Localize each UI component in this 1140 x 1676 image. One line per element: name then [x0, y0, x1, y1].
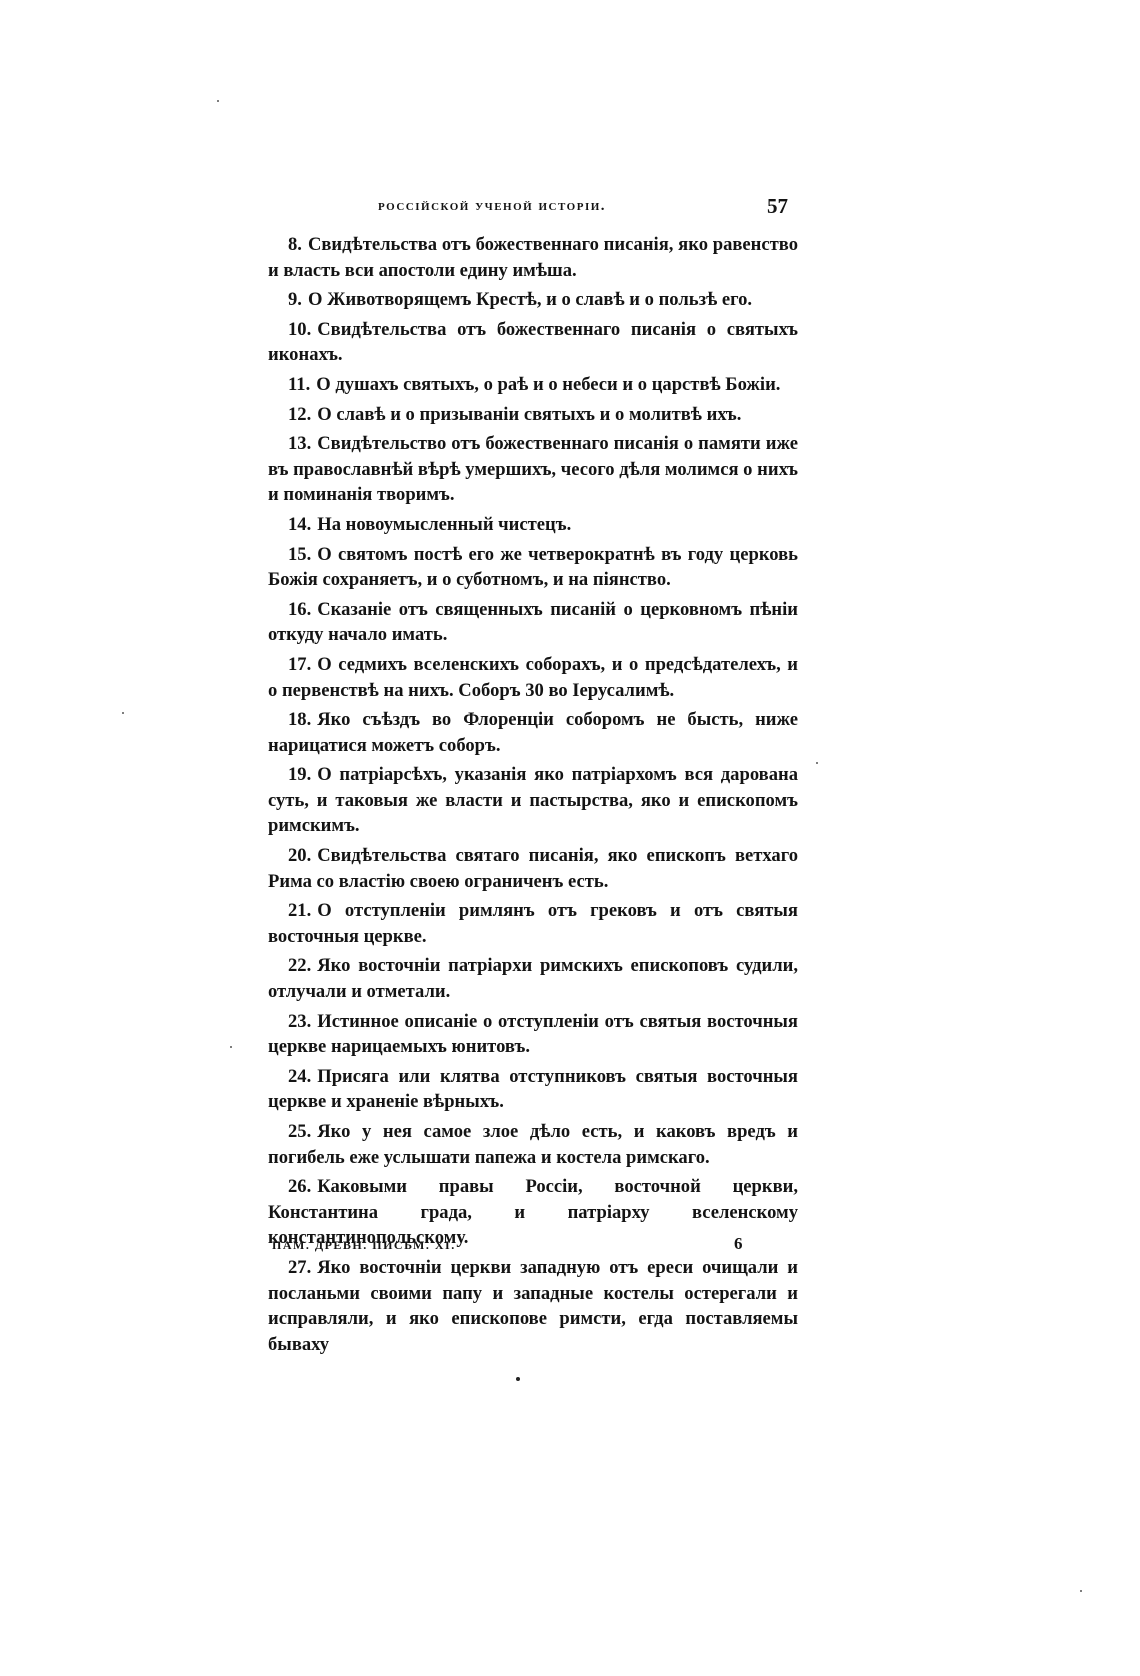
item-text: На новоумысленный чистецъ. — [317, 514, 571, 535]
item-text: Сказаніе отъ священныхъ писаній о церков… — [268, 599, 798, 646]
item-number: 12. — [288, 404, 311, 425]
list-item: 20.Свидѣтельства святаго писанія, яко еп… — [268, 843, 798, 894]
scan-speck — [816, 762, 818, 764]
list-item: 17.О седмихъ вселенскихъ соборахъ, и о п… — [268, 652, 798, 703]
page-footer: ПАМ. ДРЕВН. ПИСЬМ. XI. 6 — [268, 1236, 788, 1258]
item-number: 8. — [288, 234, 302, 255]
item-text: Свидѣтельство отъ божественнаго писанія … — [268, 433, 798, 505]
item-text: Присяга или клятва отступниковъ святыя в… — [268, 1066, 798, 1113]
running-title: РОССІЙСКОЙ УЧЕНОЙ ИСТОРІИ. — [378, 198, 606, 215]
page-number: 57 — [767, 194, 788, 219]
item-number: 19. — [288, 764, 311, 785]
table-of-contents-list: 8.Свидѣтельства отъ божественнаго писані… — [268, 232, 798, 1361]
list-item: 21.О отступленіи римлянъ отъ грековъ и о… — [268, 898, 798, 949]
item-number: 15. — [288, 544, 311, 565]
item-number: 11. — [288, 374, 310, 395]
item-text: Свидѣтельства отъ божественнаго писанія,… — [268, 234, 798, 281]
item-text: Свидѣтельства святаго писанія, яко еписк… — [268, 845, 798, 892]
item-text: О седмихъ вселенскихъ соборахъ, и о пред… — [268, 654, 798, 701]
item-number: 23. — [288, 1011, 311, 1032]
item-number: 18. — [288, 709, 311, 730]
list-item: 13.Свидѣтельство отъ божественнаго писан… — [268, 431, 798, 508]
scan-speck — [1080, 1590, 1082, 1592]
item-text: Истинное описаніе о отступленіи отъ свят… — [268, 1011, 798, 1058]
item-number: 27. — [288, 1257, 311, 1278]
item-number: 21. — [288, 900, 311, 921]
list-item: 11.О душахъ святыхъ, о раѣ и о небеси и … — [268, 372, 798, 398]
item-text: О святомъ постѣ его же четверократнѣ въ … — [268, 544, 798, 591]
list-item: 16.Сказаніе отъ священныхъ писаній о цер… — [268, 597, 798, 648]
item-number: 16. — [288, 599, 311, 620]
scan-speck — [516, 1377, 520, 1381]
item-text: Свидѣтельства отъ божественнаго писанія … — [268, 319, 798, 366]
item-text: О душахъ святыхъ, о раѣ и о небеси и о ц… — [316, 374, 780, 395]
list-item: 24.Присяга или клятва отступниковъ святы… — [268, 1064, 798, 1115]
item-text: О отступленіи римлянъ отъ грековъ и отъ … — [268, 900, 798, 947]
item-number: 17. — [288, 654, 311, 675]
list-item: 23.Истинное описаніе о отступленіи отъ с… — [268, 1009, 798, 1060]
item-number: 20. — [288, 845, 311, 866]
scan-speck — [122, 712, 124, 714]
list-item: 22.Яко восточніи патріархи римскихъ епис… — [268, 953, 798, 1004]
item-text: Яко восточніи патріархи римскихъ епископ… — [268, 955, 798, 1002]
item-number: 24. — [288, 1066, 311, 1087]
item-number: 22. — [288, 955, 311, 976]
scan-speck — [217, 100, 219, 102]
sheet-number: 6 — [734, 1234, 743, 1254]
signature-mark: ПАМ. ДРЕВН. ПИСЬМ. XI. — [272, 1238, 456, 1253]
item-number: 25. — [288, 1121, 311, 1142]
list-item: 12.О славѣ и о призываніи святыхъ и о мо… — [268, 402, 798, 428]
item-number: 26. — [288, 1176, 311, 1197]
item-number: 13. — [288, 433, 311, 454]
list-item: 19.О патріарсѣхъ, указанія яко патріархо… — [268, 762, 798, 839]
list-item: 10.Свидѣтельства отъ божественнаго писан… — [268, 317, 798, 368]
scan-speck — [230, 1046, 232, 1048]
list-item: 25.Яко у нея самое злое дѣло есть, и как… — [268, 1119, 798, 1170]
list-item: 15.О святомъ постѣ его же четверократнѣ … — [268, 542, 798, 593]
item-text: Яко у нея самое злое дѣло есть, и каковъ… — [268, 1121, 798, 1168]
item-number: 9. — [288, 289, 302, 310]
book-page: РОССІЙСКОЙ УЧЕНОЙ ИСТОРІИ. 57 8.Свидѣтел… — [0, 0, 1140, 1676]
item-text: О Животворящемъ Крестѣ, и о славѣ и о по… — [308, 289, 752, 310]
item-text: О патріарсѣхъ, указанія яко патріархомъ … — [268, 764, 798, 836]
item-number: 14. — [288, 514, 311, 535]
list-item: 14.На новоумысленный чистецъ. — [268, 512, 798, 538]
list-item: 8.Свидѣтельства отъ божественнаго писані… — [268, 232, 798, 283]
running-head: РОССІЙСКОЙ УЧЕНОЙ ИСТОРІИ. 57 — [268, 198, 796, 222]
item-text: Яко восточніи церкви западную отъ ереси … — [268, 1257, 798, 1355]
item-text: Яко съѣздъ во Флоренціи соборомъ не быст… — [268, 709, 798, 756]
list-item: 27.Яко восточніи церкви западную отъ ере… — [268, 1255, 798, 1357]
list-item: 18.Яко съѣздъ во Флоренціи соборомъ не б… — [268, 707, 798, 758]
list-item: 9.О Животворящемъ Крестѣ, и о славѣ и о … — [268, 287, 798, 313]
item-number: 10. — [288, 319, 311, 340]
item-text: О славѣ и о призываніи святыхъ и о молит… — [317, 404, 741, 425]
